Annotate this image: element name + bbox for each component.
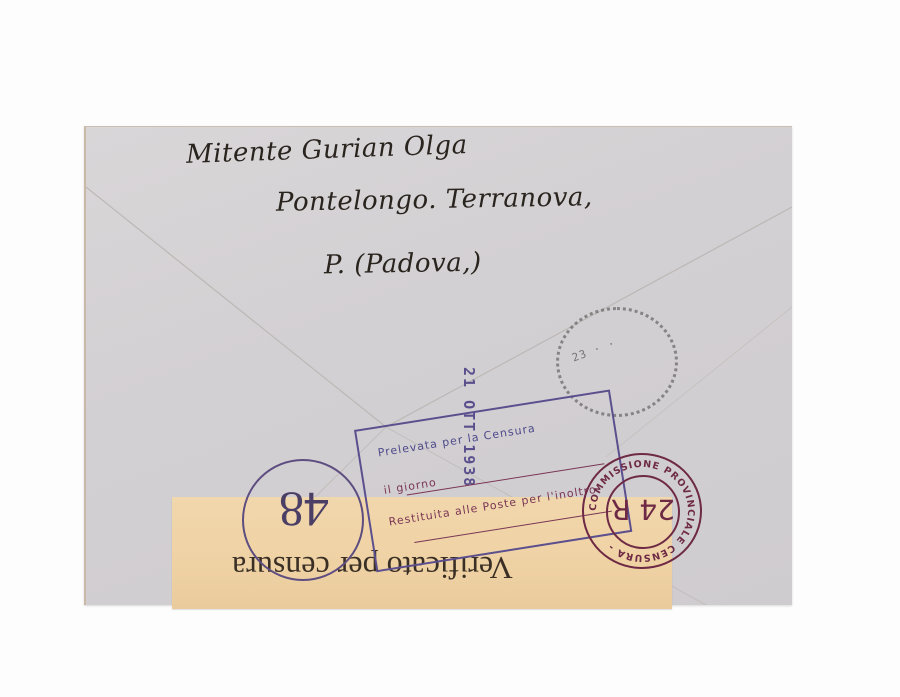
censor-number: 48: [264, 481, 344, 539]
commission-stamp: COMMISSIONE PROVINCIALE CENSURA - 24 R: [582, 453, 702, 569]
censor-number-stamp: 48: [242, 459, 364, 581]
censor-box-line-1: Prelevata per la Censura: [377, 422, 537, 460]
sender-province: P. (Padova,): [324, 248, 482, 281]
postmark-text: 23 · ·: [570, 337, 617, 365]
commission-code: 24 R: [608, 493, 678, 526]
commission-inner-ring: 24 R: [606, 475, 680, 549]
sender-town: Pontelongo. Terranova,: [276, 182, 593, 218]
